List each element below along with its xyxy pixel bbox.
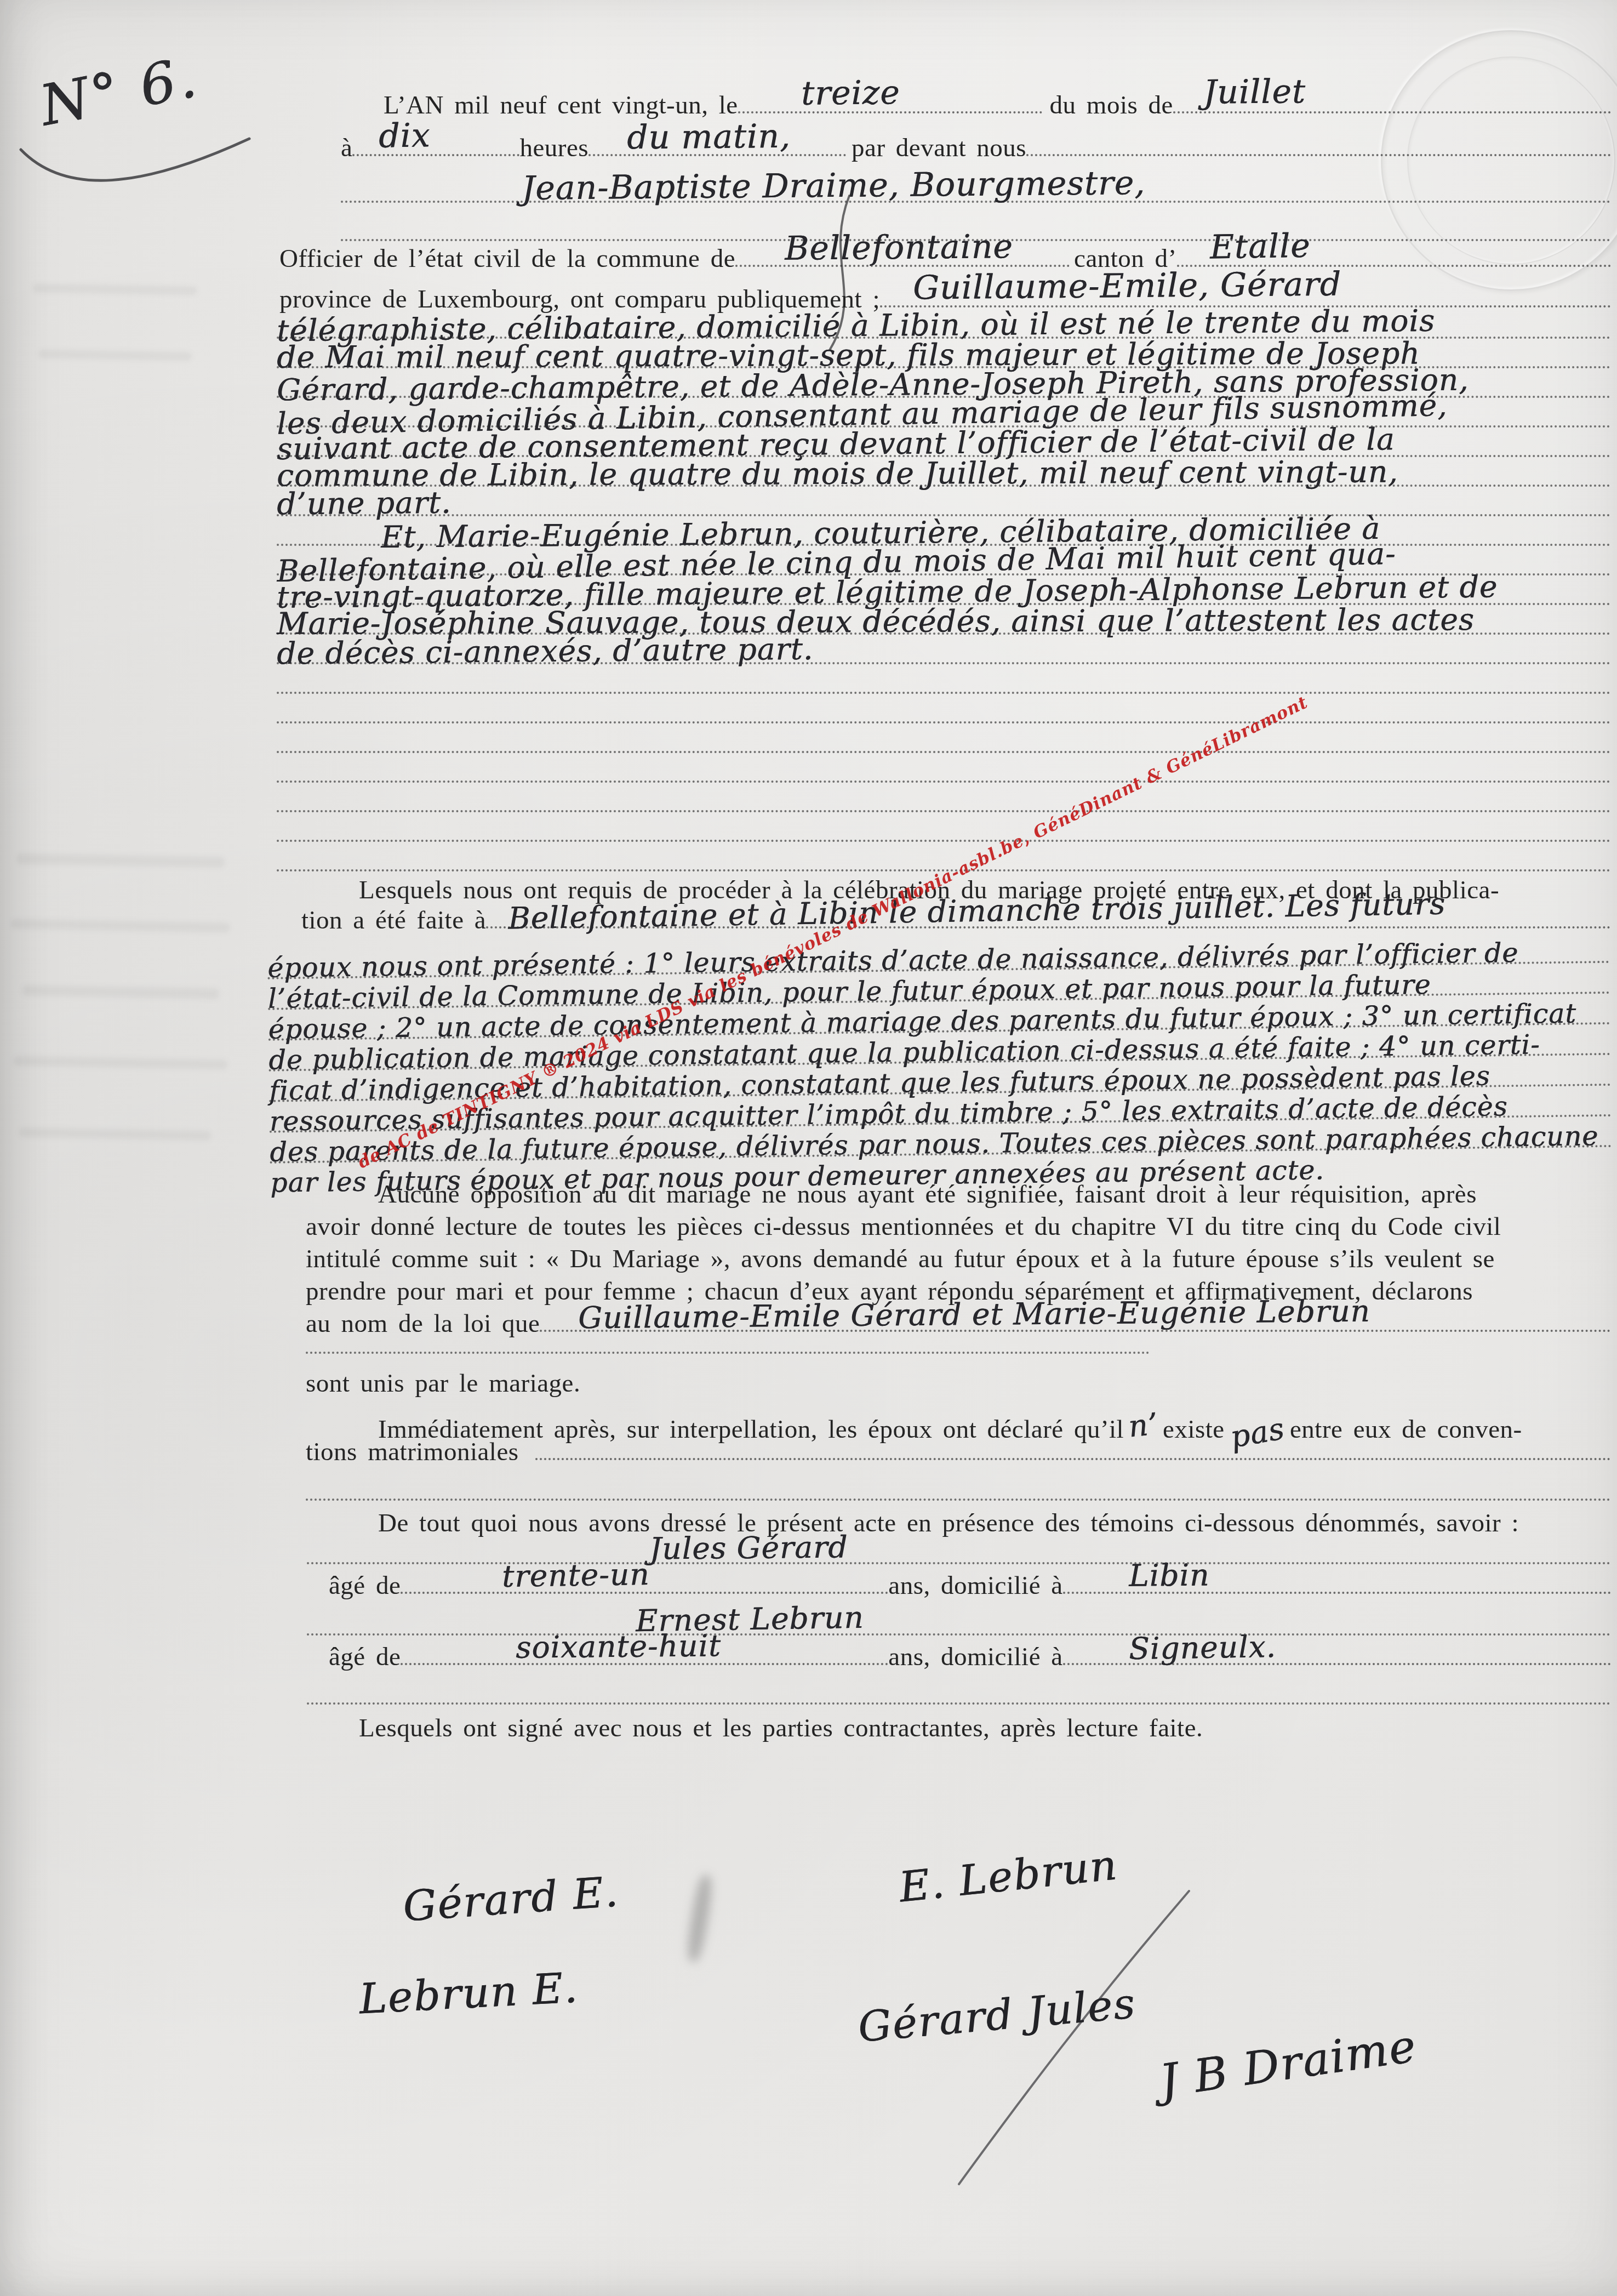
bleed-through-mark [16,853,225,868]
printed-commune-label: Officier de l’état civil de la commune d… [279,244,735,274]
comparution-line: télégraphiste, célibataire, domicilié à … [277,307,1611,339]
domicile-label: ans, domicilié à [888,1642,1062,1672]
conventions-printed-d: tions matrimoniales [306,1437,519,1467]
printed-a-label: à [341,133,352,163]
signature-flourish [926,1885,1200,2192]
comparution-line: tre-vingt-quatorze, fille majeure et lég… [277,573,1611,605]
requisition-printed-2: tion a été faite à [301,905,486,935]
month-value: Juillet [1203,72,1306,112]
blank-ruled-line [306,1469,1611,1501]
commune-field: Bellefontaine [735,258,1070,267]
witness2-domicile-field: Signeulx. [1063,1656,1611,1665]
groom-name-value: Guillaume-Emile, Gérard [913,265,1342,307]
comparution-line: les deux domiciliés à Libin, consentant … [277,396,1611,428]
celebration-line: avoir donné lecture de toutes les pièces… [306,1212,1501,1241]
comparution-line: Marie-Joséphine Sauvage, tous deux décéd… [277,603,1611,635]
date-line: L’AN mil neuf cent vingt-un, le treize d… [384,90,1611,120]
blank-ruled-line [277,780,1611,812]
hour-value: dix [379,116,431,155]
printed-year-label: L’AN mil neuf cent vingt-un, le [384,90,738,120]
blank-ruled-line [277,721,1611,753]
comparution-line: suivant acte de consentement reçu devant… [277,425,1611,457]
celebration-line: intitulé comme suit : « Du Mariage », av… [306,1244,1495,1274]
bleed-through-mark [33,283,197,295]
canton-value: Etalle [1209,227,1311,267]
age-label: âgé de [329,1571,401,1600]
comparution-line: commune de Libin, le quatre du mois de J… [277,455,1611,487]
comparution-line: Et, Marie-Eugénie Lebrun, couturière, cé… [277,514,1611,546]
hour-field: dix [352,147,519,156]
printed-month-label: du mois de [1050,90,1173,120]
blank-ruled-line [307,1673,1611,1705]
marriage-act-scan: N° 6. L’AN mil neuf cent vingt-un, le tr… [0,0,1617,2296]
witness2-name-line: Ernest Lebrun [307,1604,1611,1636]
blank-ruled-line [306,1322,1150,1354]
witness1-name: Jules Gérard [649,1529,848,1566]
blank-ruled-line [277,751,1611,783]
witness1-age-field: trente-un [401,1585,888,1594]
signature-witness-lebrun: Lebrun E. [358,1963,579,2024]
publication-line: tion a été faite à Bellefontaine et à Li… [301,905,1611,935]
witness1-details-line: âgé de trente-un ans, domicilié à Libin [329,1571,1611,1600]
hour-line: à dix heures du matin, par devant nous [341,133,1611,163]
day-value: treize [801,73,900,113]
bleed-through-mark [14,1056,227,1070]
witness1-age: trente-un [502,1557,650,1594]
comparution-line: d’une part. [277,485,1611,516]
time-of-day-field: du matin, [588,147,846,156]
day-field: treize [738,105,1042,113]
ink-smudge [685,1874,715,1963]
month-field: Juillet [1173,105,1611,113]
witness1-domicile-field: Libin [1063,1585,1611,1594]
witness2-age-field: soixante-huit [401,1656,888,1665]
bleed-through-mark [38,350,192,361]
act-number-flourish [16,119,258,202]
officiant-field-lead [1026,147,1611,156]
witness1-domicile: Libin [1128,1557,1209,1593]
celebration-line: Aucune opposition au dit mariage ne nous… [378,1180,1477,1209]
bleed-through-mark [19,1127,211,1141]
commune-value: Bellefontaine [785,227,1013,268]
closing-line: Lesquels ont signé avec nous et les part… [359,1713,1203,1743]
domicile-label: ans, domicilié à [888,1571,1062,1600]
witness2-details-line: âgé de soixante-huit ans, domicilié à Si… [329,1642,1611,1672]
bleed-through-mark [22,985,219,999]
union-line: sont unis par le mariage. [306,1369,580,1398]
blank-ruled-line [277,692,1611,723]
conventions-blank [535,1451,1611,1460]
witness2-age: soixante-huit [516,1628,721,1665]
witness2-domicile: Signeulx. [1128,1629,1276,1666]
printed-heures-label: heures [519,133,588,163]
printed-devant-nous: par devant nous [852,133,1026,163]
publication-field: Bellefontaine et à Libin le dimanche tro… [486,920,1611,928]
blank-ruled-line [277,810,1611,842]
time-of-day-value: du matin, [627,117,791,157]
bleed-through-mark [11,919,230,933]
conventions-line-2: tions matrimoniales [306,1437,1611,1467]
signature-groom: Gérard E. [401,1867,620,1930]
blank-ruled-line [277,662,1611,694]
officiant-line: Jean-Baptiste Draime, Bourgmestre, [341,171,1611,203]
age-label: âgé de [329,1642,401,1672]
comparution-line: de décès ci-annexés, d’autre part. [277,633,1611,664]
